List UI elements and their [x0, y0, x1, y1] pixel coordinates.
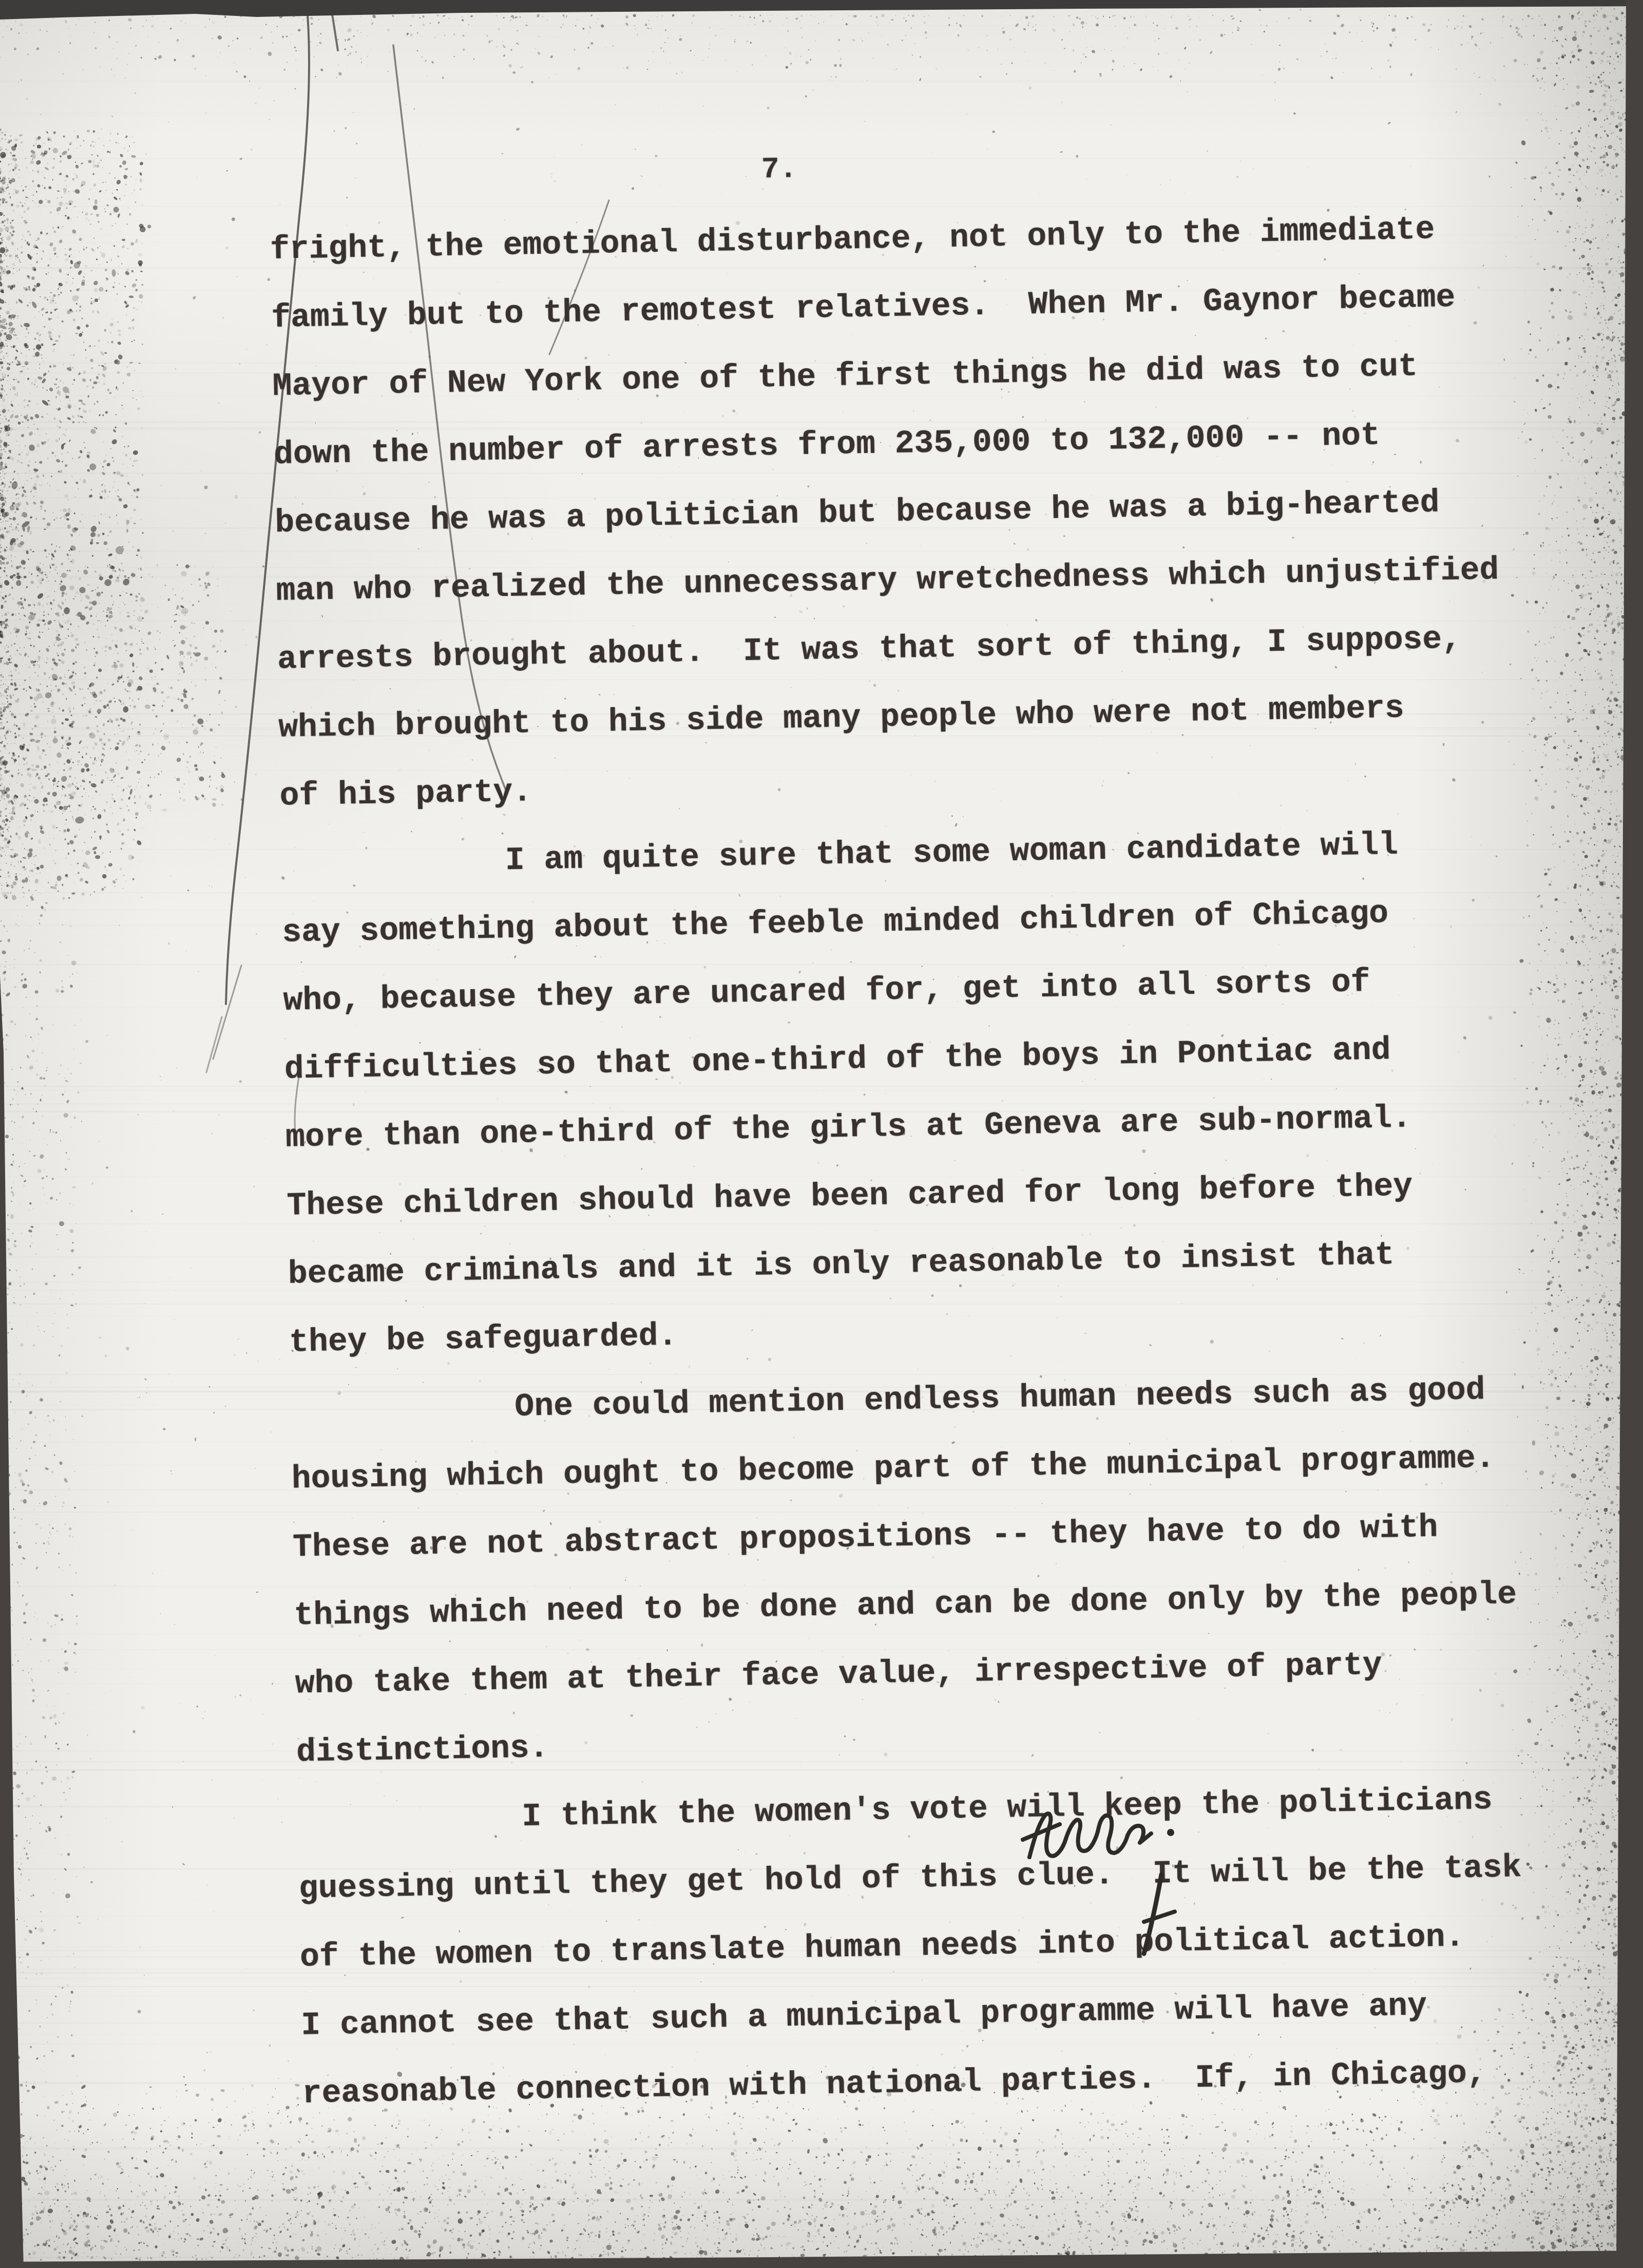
scratch-marks: [0, 0, 1643, 2268]
handwritten-insertion: [1006, 1808, 1212, 1972]
scanned-document-page: 7. fright, the emotional disturbance, no…: [0, 0, 1643, 2268]
